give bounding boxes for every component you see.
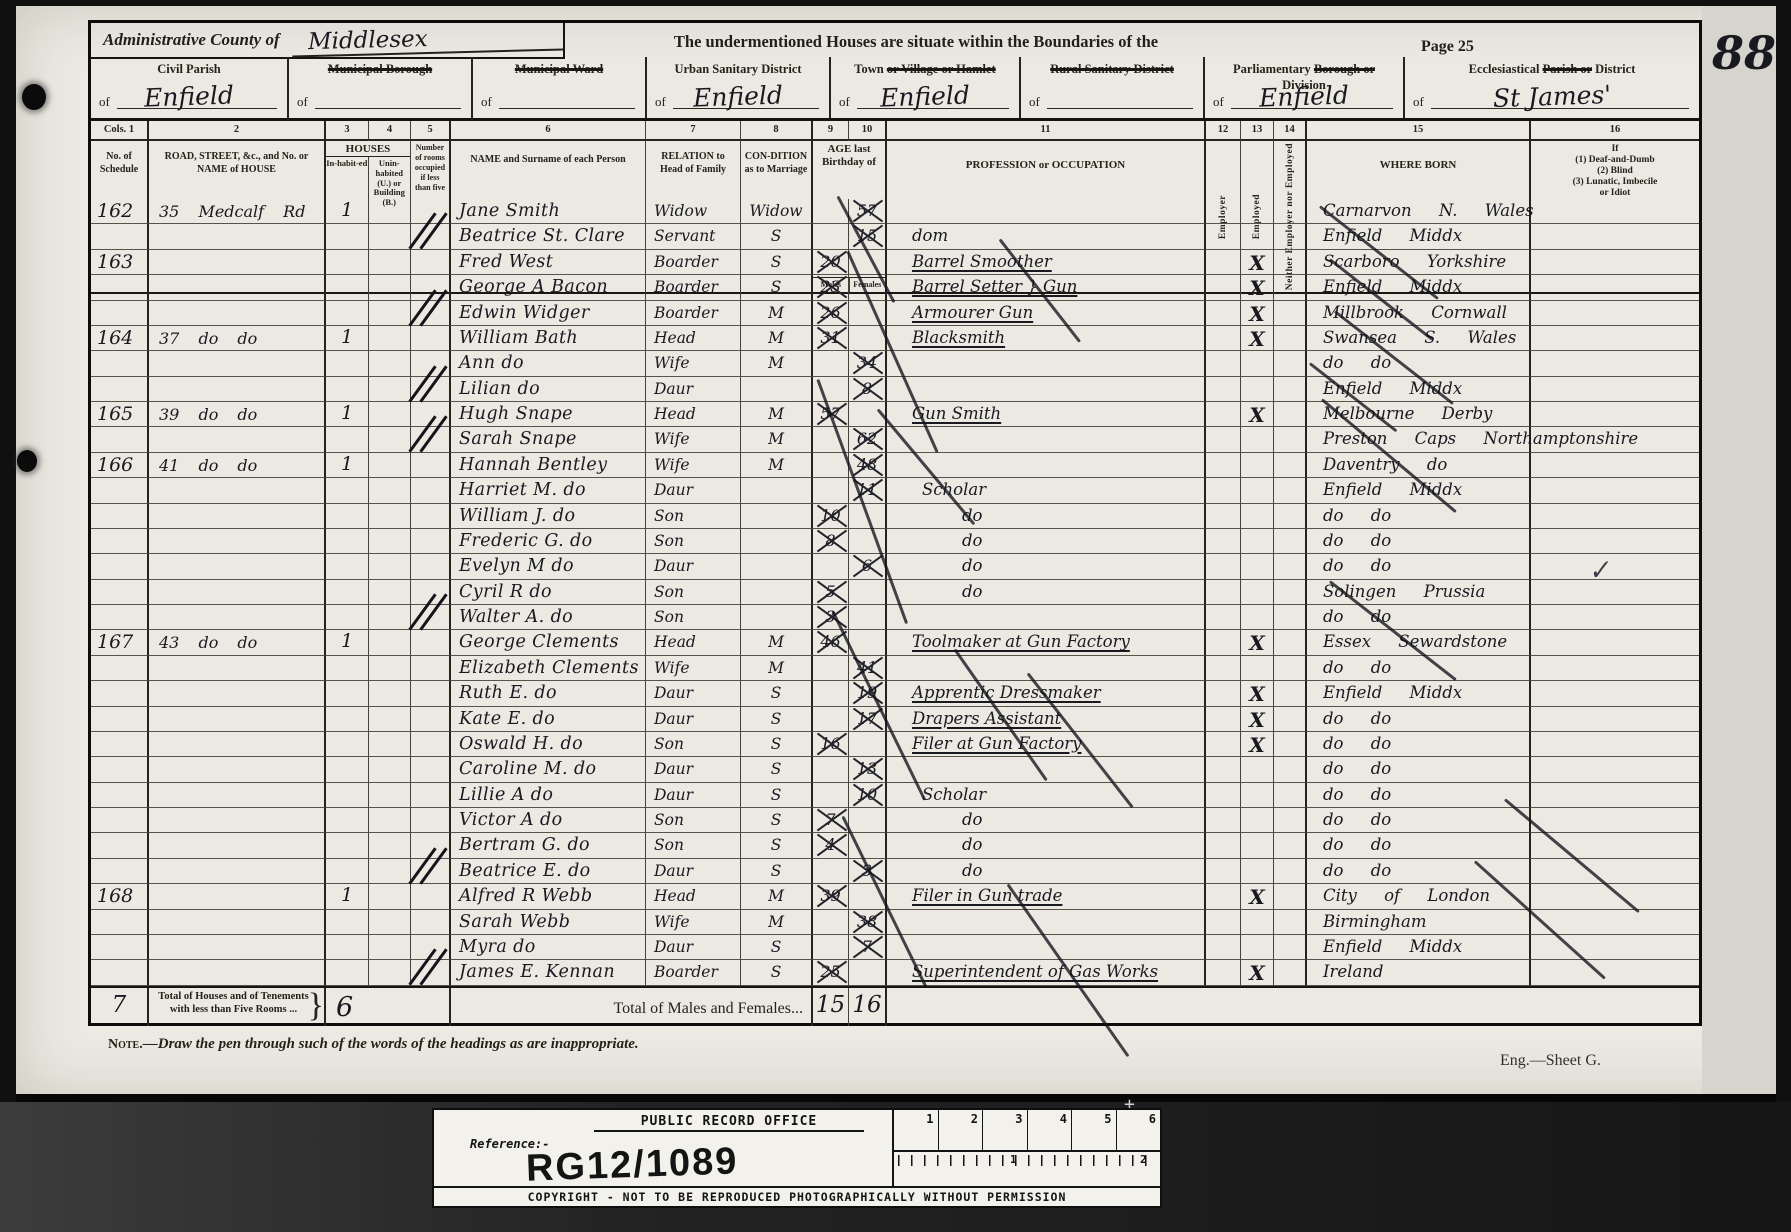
cell-inhabited bbox=[326, 833, 369, 858]
cell-age-male bbox=[813, 453, 849, 478]
col-number: 7 bbox=[646, 121, 741, 141]
district-cell: Municipal Wardof bbox=[473, 57, 647, 118]
cell-schedule: 166 bbox=[91, 453, 149, 478]
cell-age-male bbox=[813, 757, 849, 782]
cell-condition: M bbox=[741, 884, 813, 909]
cell-occupation bbox=[887, 351, 1206, 376]
person-name: Elizabeth Clements bbox=[451, 656, 639, 678]
person-name: Kate E. do bbox=[451, 707, 555, 729]
road-name: 37 do do bbox=[149, 326, 257, 348]
cell-road bbox=[149, 960, 326, 985]
cell-condition: M bbox=[741, 427, 813, 452]
cell-age-female: 57 bbox=[849, 199, 887, 224]
age-female-value: 48 bbox=[855, 455, 879, 475]
cell-employed bbox=[1241, 757, 1274, 782]
inhabited-mark: 1 bbox=[326, 630, 368, 652]
cell-relation: Daur bbox=[646, 707, 741, 732]
cell-employed bbox=[1241, 478, 1274, 503]
cell-employer bbox=[1206, 301, 1241, 326]
cell-employer bbox=[1206, 326, 1241, 351]
cell-employed bbox=[1241, 580, 1274, 605]
schedule-number: 162 bbox=[91, 199, 133, 222]
cell-employed: X bbox=[1241, 960, 1274, 985]
cell-neither bbox=[1274, 935, 1307, 960]
cell-born: Birmingham bbox=[1307, 910, 1531, 935]
cell-schedule: 165 bbox=[91, 402, 149, 427]
cell-name: Ann do bbox=[451, 351, 646, 376]
birthplace-value: do do bbox=[1307, 656, 1391, 677]
age-female-value: 7 bbox=[855, 937, 879, 957]
cell-born: do do bbox=[1307, 757, 1531, 782]
cell-occupation: Armourer Gun bbox=[887, 301, 1206, 326]
cell-infirmity bbox=[1531, 402, 1699, 427]
ruler-number: 4 bbox=[1028, 1110, 1073, 1150]
cell-condition: S bbox=[741, 681, 813, 706]
cell-neither bbox=[1274, 859, 1307, 884]
cell-road bbox=[149, 808, 326, 833]
cell-neither bbox=[1274, 275, 1307, 300]
cell-relation: Head bbox=[646, 326, 741, 351]
birthplace-value: Daventry do bbox=[1307, 453, 1447, 474]
cell-schedule bbox=[91, 910, 149, 935]
cell-relation: Head bbox=[646, 884, 741, 909]
cell-condition bbox=[741, 580, 813, 605]
relation-value: Daur bbox=[646, 478, 693, 499]
relation-value: Son bbox=[646, 833, 684, 854]
cell-occupation: do bbox=[887, 554, 1206, 579]
condition-value: S bbox=[741, 960, 811, 981]
cell-schedule bbox=[91, 681, 149, 706]
person-name: Bertram G. do bbox=[451, 833, 590, 855]
district-label: Municipal Ward bbox=[473, 62, 645, 78]
cell-employer bbox=[1206, 224, 1241, 249]
cell-name: Victor A do bbox=[451, 808, 646, 833]
col-number: 6 bbox=[451, 121, 646, 141]
cell-uninhabited bbox=[369, 351, 411, 376]
birthplace-value: do do bbox=[1307, 529, 1391, 550]
person-name: William Bath bbox=[451, 326, 578, 348]
relation-value: Wife bbox=[646, 453, 690, 474]
employed-mark: X bbox=[1241, 884, 1273, 909]
cell-neither bbox=[1274, 707, 1307, 732]
occupation-value: Filer at Gun Factory bbox=[887, 732, 1081, 753]
age-female-value: 57 bbox=[855, 201, 879, 221]
cell-born: do do bbox=[1307, 351, 1531, 376]
cell-name: William Bath bbox=[451, 326, 646, 351]
houses-total-value: 6 bbox=[326, 988, 449, 1023]
age-male-value: 10 bbox=[819, 506, 843, 526]
age-female-value: 6 bbox=[855, 556, 879, 576]
cell-uninhabited bbox=[369, 580, 411, 605]
condition-value: M bbox=[741, 301, 811, 322]
schedule-total-value: 7 bbox=[91, 988, 147, 1018]
pencil-checkmark: ✓ bbox=[1586, 555, 1612, 588]
cell-neither bbox=[1274, 960, 1307, 985]
page-number: Page 25 bbox=[1421, 38, 1474, 56]
cell-condition bbox=[741, 478, 813, 503]
district-label: Ecclesiastical Parish or District bbox=[1405, 62, 1699, 78]
cell-name: Hannah Bentley bbox=[451, 453, 646, 478]
cell-inhabited bbox=[326, 707, 369, 732]
cell-name: Sarah Webb bbox=[451, 910, 646, 935]
cell-road: 37 do do bbox=[149, 326, 326, 351]
birthplace-value: Scarboro Yorkshire bbox=[1307, 250, 1506, 271]
cell-occupation: Toolmaker at Gun Factory bbox=[887, 630, 1206, 655]
cell-uninhabited bbox=[369, 427, 411, 452]
age-male-value: 39 bbox=[819, 886, 843, 906]
cell-inhabited bbox=[326, 478, 369, 503]
district-label-struck: Borough or bbox=[1314, 62, 1375, 76]
district-label-part: District bbox=[1592, 62, 1635, 76]
cell-relation: Daur bbox=[646, 757, 741, 782]
relation-value: Daur bbox=[646, 707, 693, 728]
cell-relation: Wife bbox=[646, 656, 741, 681]
cell-rooms bbox=[411, 554, 451, 579]
cell-rooms bbox=[411, 859, 451, 884]
person-name: Ann do bbox=[451, 351, 524, 373]
person-name: William J. do bbox=[451, 504, 575, 526]
cell-condition: M bbox=[741, 453, 813, 478]
col-number: 11 bbox=[887, 121, 1206, 141]
district-label-struck: Rural Sanitary District bbox=[1050, 62, 1174, 76]
relation-value: Son bbox=[646, 732, 684, 753]
cell-name: George Clements bbox=[451, 630, 646, 655]
cell-relation: Servant bbox=[646, 224, 741, 249]
cell-neither bbox=[1274, 504, 1307, 529]
cell-employer bbox=[1206, 275, 1241, 300]
cell-uninhabited bbox=[369, 859, 411, 884]
cell-age-male bbox=[813, 681, 849, 706]
person-name: Myra do bbox=[451, 935, 536, 957]
cell-schedule bbox=[91, 275, 149, 300]
person-name: Cyril R do bbox=[451, 580, 552, 602]
cell-occupation: Superintendent of Gas Works bbox=[887, 960, 1206, 985]
cell-rooms bbox=[411, 630, 451, 655]
county-label: Administrative County of bbox=[91, 30, 280, 50]
birthplace-value: do do bbox=[1307, 808, 1391, 829]
cell-neither bbox=[1274, 681, 1307, 706]
cell-employed: X bbox=[1241, 301, 1274, 326]
cell-age-male: 39 bbox=[813, 884, 849, 909]
district-label-struck: Municipal Ward bbox=[515, 62, 603, 76]
cell-name: Bertram G. do bbox=[451, 833, 646, 858]
footnote: Note.—Draw the pen through such of the w… bbox=[108, 1036, 639, 1053]
person-name: Victor A do bbox=[451, 808, 563, 830]
cell-condition: S bbox=[741, 732, 813, 757]
cell-rooms bbox=[411, 707, 451, 732]
inhabited-mark: 1 bbox=[326, 453, 368, 475]
cell-relation: Daur bbox=[646, 783, 741, 808]
cell-rooms bbox=[411, 427, 451, 452]
stamp-ruler-top: 123456 bbox=[892, 1110, 1160, 1150]
cell-occupation: do bbox=[887, 529, 1206, 554]
cell-employer bbox=[1206, 504, 1241, 529]
cell-infirmity bbox=[1531, 757, 1699, 782]
col-number: 9 bbox=[813, 121, 849, 141]
cell-age-female bbox=[849, 605, 887, 630]
cell-rooms bbox=[411, 757, 451, 782]
person-name: Caroline M. do bbox=[451, 757, 597, 779]
cell-born: City of London bbox=[1307, 884, 1531, 909]
cell-employer bbox=[1206, 351, 1241, 376]
cell-infirmity bbox=[1531, 529, 1699, 554]
age-female-value: 8 bbox=[855, 379, 879, 399]
occupation-value: Armourer Gun bbox=[887, 301, 1033, 322]
cell-uninhabited bbox=[369, 960, 411, 985]
census-form-frame: Administrative County of Middlesex The u… bbox=[88, 20, 1702, 1026]
person-name: George Clements bbox=[451, 630, 619, 652]
birthplace-value: City of London bbox=[1307, 884, 1490, 905]
district-label: Civil Parish bbox=[91, 62, 287, 78]
cell-schedule bbox=[91, 504, 149, 529]
relation-value: Daur bbox=[646, 783, 693, 804]
relation-value: Head bbox=[646, 326, 696, 347]
cell-inhabited bbox=[326, 656, 369, 681]
brace-glyph: } bbox=[308, 987, 324, 1025]
cell-schedule bbox=[91, 808, 149, 833]
cell-occupation bbox=[887, 377, 1206, 402]
cell-employed bbox=[1241, 453, 1274, 478]
cell-uninhabited bbox=[369, 681, 411, 706]
cell-occupation bbox=[887, 910, 1206, 935]
cell-uninhabited bbox=[369, 326, 411, 351]
cell-schedule bbox=[91, 605, 149, 630]
cell-infirmity bbox=[1531, 326, 1699, 351]
relation-value: Daur bbox=[646, 859, 693, 880]
birthplace-value: Birmingham bbox=[1307, 910, 1427, 931]
cell-age-male: 31 bbox=[813, 326, 849, 351]
age-male-value: 20 bbox=[819, 252, 843, 272]
cell-name: Edwin Widger bbox=[451, 301, 646, 326]
cell-infirmity bbox=[1531, 605, 1699, 630]
occupation-value: Gun Smith bbox=[887, 402, 1001, 423]
cell-age-female: 48 bbox=[849, 453, 887, 478]
cell-born: do do bbox=[1307, 504, 1531, 529]
inhabited-mark: 1 bbox=[326, 199, 368, 221]
cell-neither bbox=[1274, 478, 1307, 503]
cell-employer bbox=[1206, 681, 1241, 706]
cell-occupation bbox=[887, 199, 1206, 224]
cell-employer bbox=[1206, 732, 1241, 757]
cell-name: Frederic G. do bbox=[451, 529, 646, 554]
sheet-label: Eng.—Sheet G. bbox=[1500, 1052, 1601, 1070]
cell-inhabited bbox=[326, 859, 369, 884]
cell-schedule bbox=[91, 732, 149, 757]
cell-rooms bbox=[411, 605, 451, 630]
cell-born: Enfield Middx bbox=[1307, 224, 1531, 249]
cell-name: Oswald H. do bbox=[451, 732, 646, 757]
cell-condition: S bbox=[741, 757, 813, 782]
relation-value: Servant bbox=[646, 224, 715, 245]
cell-relation: Son bbox=[646, 605, 741, 630]
cell-age-female bbox=[849, 732, 887, 757]
cell-rooms bbox=[411, 910, 451, 935]
cell-schedule bbox=[91, 960, 149, 985]
cell-employer bbox=[1206, 910, 1241, 935]
cell-born: Enfield Middx bbox=[1307, 275, 1531, 300]
relation-value: Son bbox=[646, 529, 684, 550]
cell-uninhabited bbox=[369, 478, 411, 503]
cell-condition: S bbox=[741, 275, 813, 300]
cell-employed: X bbox=[1241, 732, 1274, 757]
cell-inhabited bbox=[326, 808, 369, 833]
road-name: 41 do do bbox=[149, 453, 257, 475]
cell-name: Kate E. do bbox=[451, 707, 646, 732]
cell-name: Hugh Snape bbox=[451, 402, 646, 427]
cell-rooms bbox=[411, 884, 451, 909]
cell-uninhabited bbox=[369, 656, 411, 681]
schedule-number: 168 bbox=[91, 884, 133, 907]
cell-relation: Widow bbox=[646, 199, 741, 224]
cell-road bbox=[149, 427, 326, 452]
household-separator-slashes bbox=[411, 224, 449, 248]
cell-born: do do bbox=[1307, 707, 1531, 732]
county-box: Administrative County of Middlesex bbox=[91, 23, 565, 59]
age-male-value: 8 bbox=[819, 531, 843, 551]
cell-name: Alfred R Webb bbox=[451, 884, 646, 909]
cell-name: Myra do bbox=[451, 935, 646, 960]
cell-born: do do bbox=[1307, 605, 1531, 630]
cell-road bbox=[149, 250, 326, 275]
relation-value: Son bbox=[646, 808, 684, 829]
cell-employed: X bbox=[1241, 707, 1274, 732]
cell-age-female bbox=[849, 580, 887, 605]
age-male-value: 23 bbox=[819, 277, 843, 297]
cell-employer bbox=[1206, 783, 1241, 808]
cell-schedule: 168 bbox=[91, 884, 149, 909]
person-name: Lilian do bbox=[451, 377, 540, 399]
cell-age-male: 23 bbox=[813, 275, 849, 300]
birthplace-value: do do bbox=[1307, 783, 1391, 804]
cell-employed bbox=[1241, 910, 1274, 935]
employed-mark: X bbox=[1241, 707, 1273, 732]
cell-employer bbox=[1206, 707, 1241, 732]
inhabited-mark: 1 bbox=[326, 402, 368, 424]
punch-hole bbox=[17, 450, 37, 472]
cell-condition: S bbox=[741, 960, 813, 985]
cell-born: do do bbox=[1307, 656, 1531, 681]
cell-houses-total: 6 bbox=[326, 988, 451, 1026]
cell-born: Ireland bbox=[1307, 960, 1531, 985]
col-number: 2 bbox=[149, 121, 326, 141]
cell-relation: Son bbox=[646, 529, 741, 554]
cell-age-male bbox=[813, 707, 849, 732]
ruler-number: 1 bbox=[1010, 1153, 1017, 1166]
cell-relation: Daur bbox=[646, 377, 741, 402]
cell-uninhabited bbox=[369, 402, 411, 427]
cell-infirmity bbox=[1531, 580, 1699, 605]
cell-inhabited bbox=[326, 224, 369, 249]
district-cell: Ecclesiastical Parish or DistrictofSt Ja… bbox=[1405, 57, 1699, 118]
household-separator-slashes bbox=[411, 427, 449, 451]
cell-occupation: Barrel Smoother bbox=[887, 250, 1206, 275]
cell-occupation bbox=[887, 656, 1206, 681]
cell-name: Evelyn M do bbox=[451, 554, 646, 579]
cell-occupation: Gun Smith bbox=[887, 402, 1206, 427]
district-value: Enfield bbox=[1205, 79, 1404, 115]
district-label-part: Ecclesiastical bbox=[1469, 62, 1543, 76]
inhabited-mark: 1 bbox=[326, 884, 368, 906]
cell-condition bbox=[741, 529, 813, 554]
cell-schedule bbox=[91, 833, 149, 858]
cell-name: Harriet M. do bbox=[451, 478, 646, 503]
cell-age-male bbox=[813, 783, 849, 808]
relation-value: Boarder bbox=[646, 250, 718, 271]
cell-age-female: 8 bbox=[849, 377, 887, 402]
occupation-value: Scholar bbox=[887, 783, 986, 804]
cell-condition: M bbox=[741, 301, 813, 326]
cell-employed bbox=[1241, 935, 1274, 960]
birthplace-value: do do bbox=[1307, 504, 1391, 525]
district-label-part: Civil Parish bbox=[157, 62, 221, 76]
col-number: 12 bbox=[1206, 121, 1241, 141]
cell-name: James E. Kennan bbox=[451, 960, 646, 985]
condition-value: S bbox=[741, 808, 811, 829]
cell-age-male bbox=[813, 351, 849, 376]
cell-employed bbox=[1241, 859, 1274, 884]
person-name: Hannah Bentley bbox=[451, 453, 607, 475]
cell-schedule bbox=[91, 707, 149, 732]
cell-condition bbox=[741, 504, 813, 529]
condition-value: M bbox=[741, 453, 811, 474]
cell-condition: M bbox=[741, 910, 813, 935]
census-scan: { "page": { "corner_number": "88", "page… bbox=[0, 0, 1791, 1232]
cell-age-male bbox=[813, 859, 849, 884]
inhabited-mark: 1 bbox=[326, 326, 368, 348]
cell-neither bbox=[1274, 884, 1307, 909]
cell-neither bbox=[1274, 326, 1307, 351]
cell-condition: S bbox=[741, 935, 813, 960]
cell-inhabited bbox=[326, 783, 369, 808]
cell-neither bbox=[1274, 783, 1307, 808]
column-numbers-row: Cols. 12345678910111213141516 bbox=[91, 121, 1699, 141]
cell-name: Beatrice E. do bbox=[451, 859, 646, 884]
cell-age-male: 5 bbox=[813, 580, 849, 605]
cell-males-total: 15 bbox=[813, 988, 849, 1026]
relation-value: Head bbox=[646, 630, 696, 651]
employed-mark: X bbox=[1241, 681, 1273, 706]
cell-neither bbox=[1274, 224, 1307, 249]
cell-employed bbox=[1241, 783, 1274, 808]
houses-total-label: Total of Houses and of Tenements with le… bbox=[149, 988, 326, 1026]
cell-employed bbox=[1241, 351, 1274, 376]
cell-occupation: Filer at Gun Factory bbox=[887, 732, 1206, 757]
person-name: Hugh Snape bbox=[451, 402, 573, 424]
cell-inhabited bbox=[326, 250, 369, 275]
employed-mark: X bbox=[1241, 732, 1273, 757]
cell-condition bbox=[741, 605, 813, 630]
cell-employed bbox=[1241, 529, 1274, 554]
district-label: Municipal Borough bbox=[289, 62, 471, 78]
cell-condition: S bbox=[741, 250, 813, 275]
cell-neither bbox=[1274, 377, 1307, 402]
age-female-value: 17 bbox=[855, 709, 879, 729]
cell-rooms bbox=[411, 377, 451, 402]
district-label-part: Town bbox=[854, 62, 887, 76]
cell-employed bbox=[1241, 504, 1274, 529]
relation-value: Widow bbox=[646, 199, 707, 220]
cell-occupation: Blacksmith bbox=[887, 326, 1206, 351]
occupation-value: Blacksmith bbox=[887, 326, 1005, 347]
cell-age-female: 7 bbox=[849, 935, 887, 960]
cell-neither bbox=[1274, 757, 1307, 782]
cell-employer bbox=[1206, 859, 1241, 884]
age-female-value: 10 bbox=[855, 785, 879, 805]
cell-uninhabited bbox=[369, 630, 411, 655]
condition-value: S bbox=[741, 935, 811, 956]
cell-inhabited bbox=[326, 377, 369, 402]
blank-line bbox=[499, 108, 635, 109]
